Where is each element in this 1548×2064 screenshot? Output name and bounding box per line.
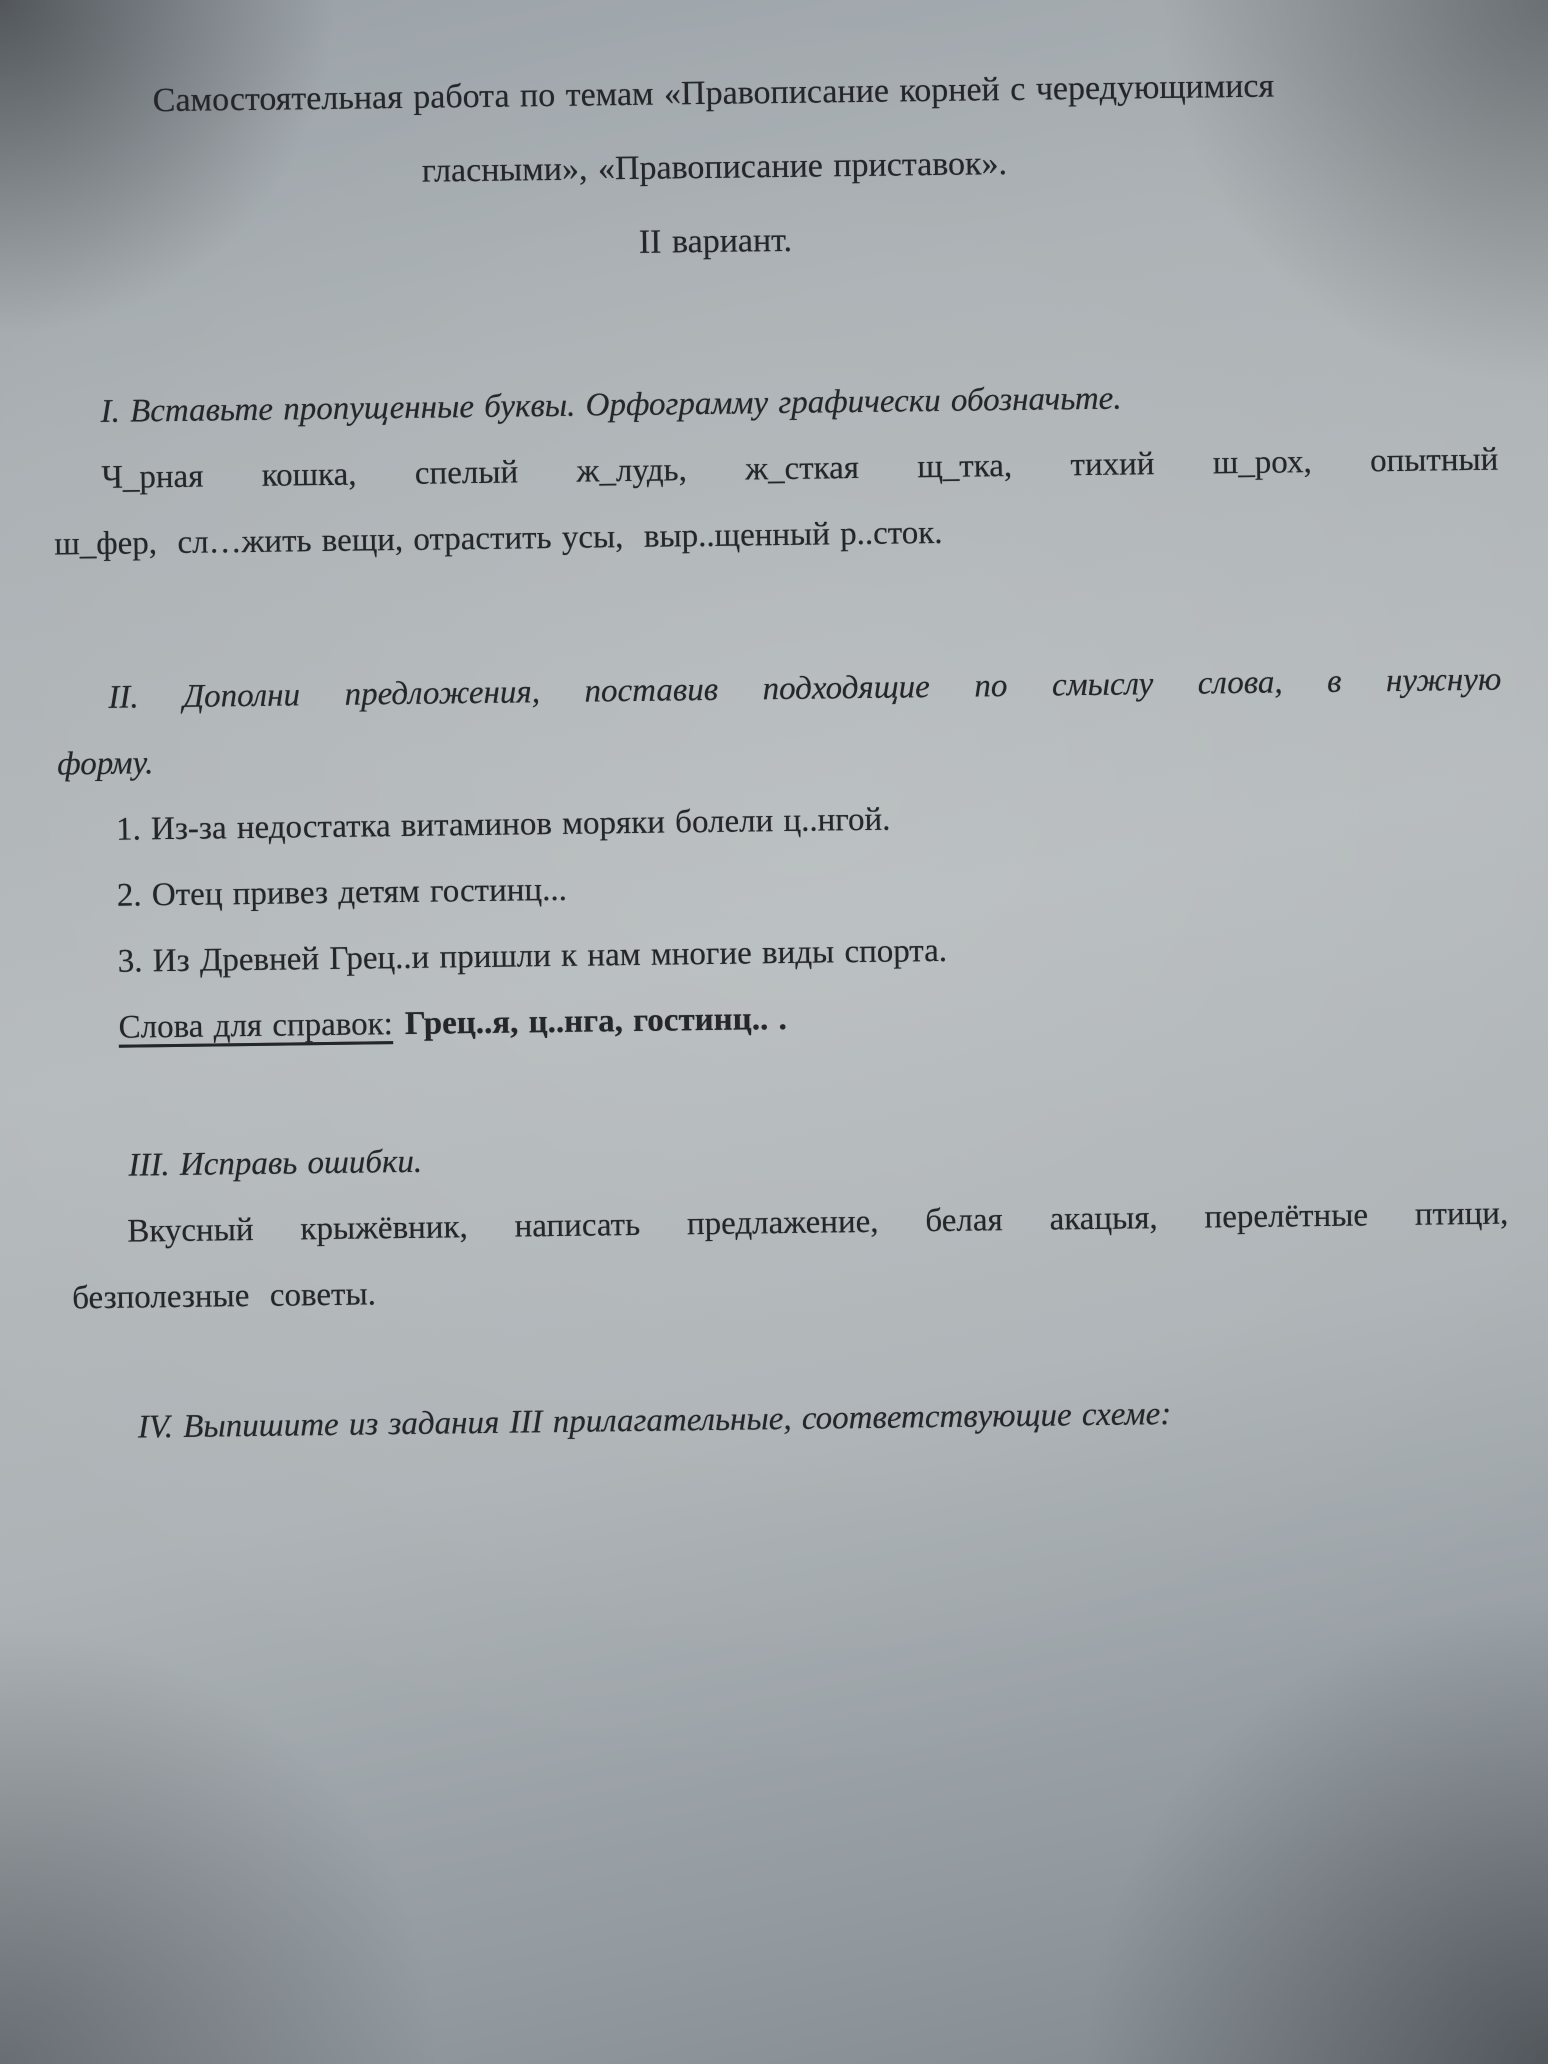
- section-iv: IV. Выпишите из задания III прилагательн…: [65, 1377, 1511, 1462]
- section-ii: II. Дополни предложения, поставив подход…: [56, 647, 1506, 1062]
- photographed-worksheet-page: Самостоятельная работа по темам «Правопи…: [0, 0, 1548, 2064]
- words-for-reference-label: Слова для справок:: [118, 1006, 393, 1046]
- section-iii: III. Исправь ошибки. Вкусный крыжёвник, …: [62, 1115, 1509, 1332]
- section-i: I. Вставьте пропущенные буквы. Орфограмм…: [52, 361, 1499, 578]
- worksheet-content: Самостоятельная работа по темам «Правопи…: [48, 47, 1511, 1462]
- worksheet-title: Самостоятельная работа по темам «Правопи…: [48, 48, 1381, 287]
- words-for-reference-words: Грец..я, ц..нга, гостинц.. .: [405, 1001, 787, 1042]
- section-iv-heading: IV. Выпишите из задания III прилагательн…: [65, 1377, 1511, 1462]
